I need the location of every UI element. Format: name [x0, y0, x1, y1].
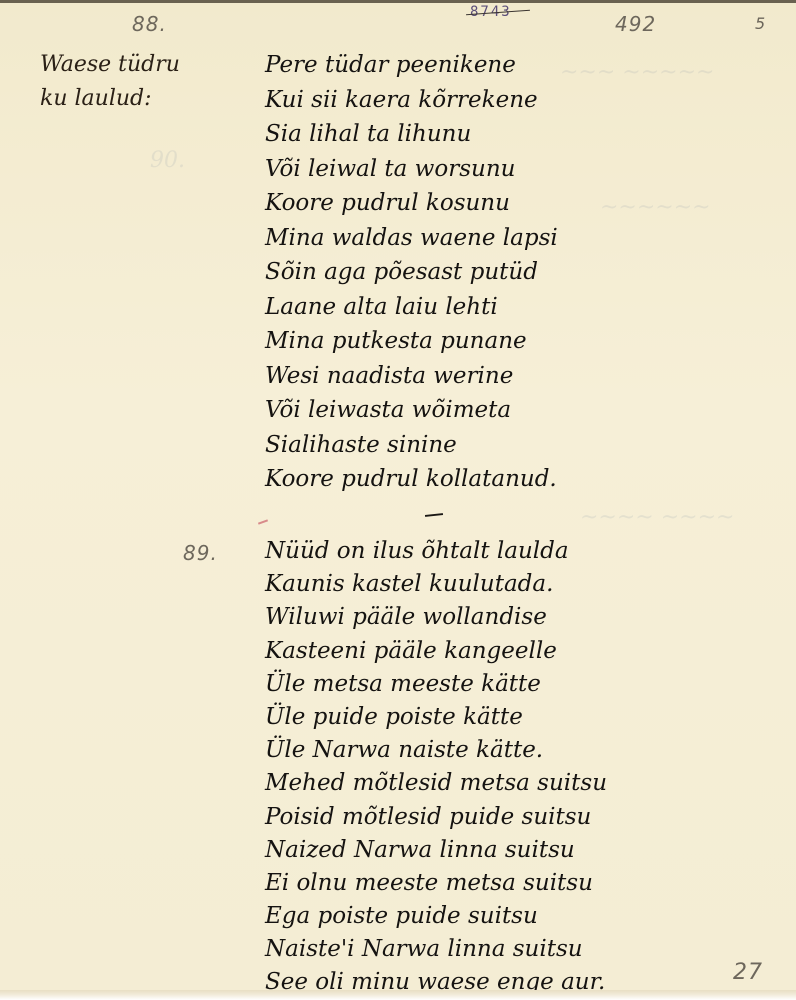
verse-line: Laane alta laiu lehti: [265, 290, 558, 325]
song-88-verse: Pere tüdar peenikene Kui sii kaera kõrre…: [265, 48, 558, 497]
verse-line: Pere tüdar peenikene: [265, 48, 558, 83]
verse-line: Ei olnu meeste metsa suitsu: [265, 867, 607, 900]
song-89-verse: Nüüd on ilus õhtalt laulda Kaunis kastel…: [265, 535, 607, 1000]
verse-line: Või leiwasta wõimeta: [265, 393, 558, 428]
verse-line: Koore pudrul kollatanud.: [265, 462, 558, 497]
verse-line: Naiste'i Narwa linna suitsu: [265, 933, 607, 966]
verse-line: Wesi naadista werine: [265, 359, 558, 394]
page-bottom-edge: [0, 990, 796, 1000]
page-number: 5: [755, 14, 766, 33]
section-divider-dash: [425, 513, 443, 517]
archive-number: 492: [615, 12, 656, 36]
verse-line: Sõin aga põesast putüd: [265, 255, 558, 290]
verse-line: Sia lihal ta lihunu: [265, 117, 558, 152]
verse-line: Naized Narwa linna suitsu: [265, 834, 607, 867]
verse-line: Ega poiste puide suitsu: [265, 900, 607, 933]
verse-line: Kui sii kaera kõrrekene: [265, 83, 558, 118]
verse-line: Kaunis kastel kuulutada.: [265, 568, 607, 601]
verse-line: Üle metsa meeste kätte: [265, 668, 607, 701]
bleed-through-text: ~~~~~~: [600, 195, 711, 220]
heading-line-2: ku laulud:: [40, 82, 180, 116]
bleed-through-number: 90.: [150, 148, 185, 173]
verse-line: Koore pudrul kosunu: [265, 186, 558, 221]
verse-line: Mehed mõtlesid metsa suitsu: [265, 767, 607, 800]
song-number-88: 88.: [132, 12, 167, 36]
song-heading: Waese tüdru ku laulud:: [40, 48, 180, 116]
verse-line: Mina waldas waene lapsi: [265, 221, 558, 256]
verse-line: Üle puide poiste kätte: [265, 701, 607, 734]
verse-line: Kasteeni pääle kangeelle: [265, 635, 607, 668]
verse-line: Üle Narwa naiste kätte.: [265, 734, 607, 767]
verse-line: Või leiwal ta worsunu: [265, 152, 558, 187]
verse-line: Nüüd on ilus õhtalt laulda: [265, 535, 607, 568]
bottom-corner-number: 27: [733, 960, 763, 985]
heading-line-1: Waese tüdru: [40, 48, 180, 82]
page-top-edge: [0, 0, 796, 3]
bleed-through-text: ~~~ ~~~~~: [560, 60, 714, 85]
red-pencil-mark: [258, 519, 268, 524]
song-number-89: 89.: [183, 541, 218, 565]
verse-line: Sialihaste sinine: [265, 428, 558, 463]
verse-line: Poisid mõtlesid puide suitsu: [265, 801, 607, 834]
bleed-through-text: ~~~~ ~~~~: [580, 505, 734, 530]
verse-line: Mina putkesta punane: [265, 324, 558, 359]
manuscript-page: 90. ~~~ ~~~~~ ~~~~~~ ~~~~ ~~~~ 88. 8743 …: [0, 0, 796, 1000]
verse-line: Wiluwi pääle wollandise: [265, 601, 607, 634]
